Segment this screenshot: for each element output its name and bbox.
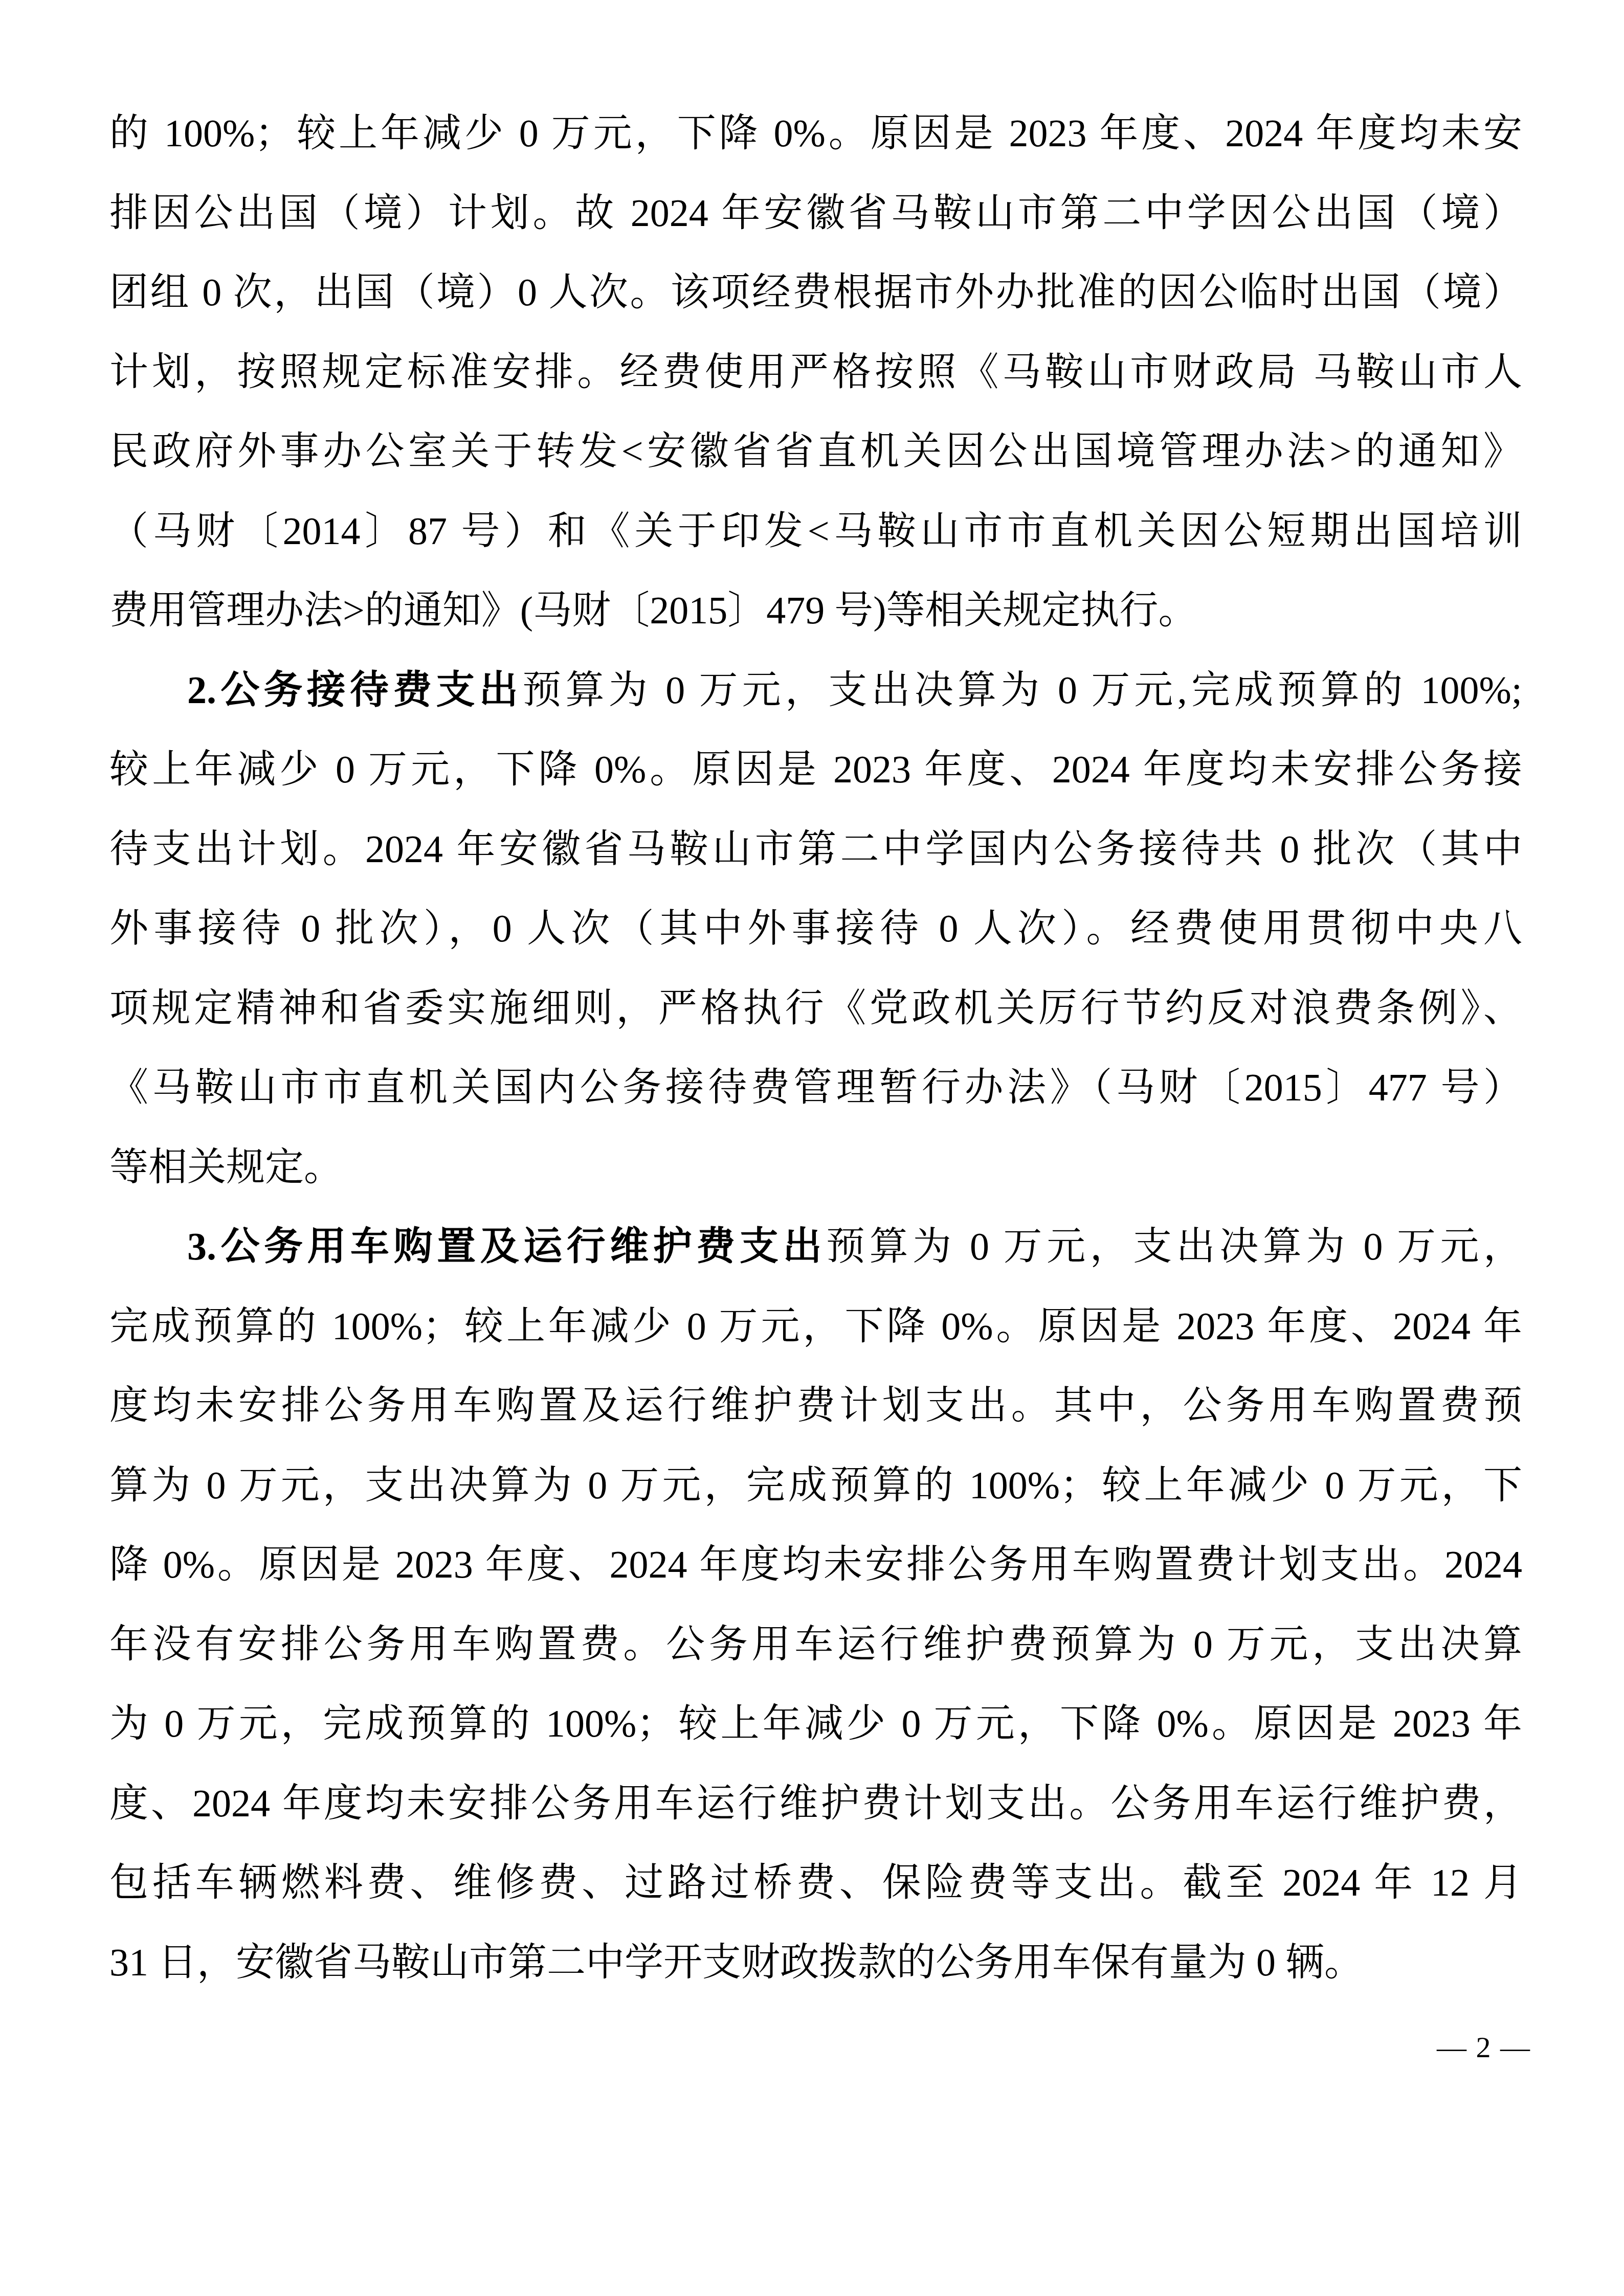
- text-line: 3.公务用车购置及运行维护费支出预算为 0 万元，支出决算为 0 万元，: [109, 1207, 1522, 1287]
- text-line: 较上年减少 0 万元，下降 0%。原因是 2023 年度、2024 年度均未安排…: [109, 730, 1522, 810]
- line-text: 年没有安排公务用车购置费。公务用车运行维护费预算为 0 万元，支出决算: [109, 1623, 1522, 1666]
- text-line: 外事接待 0 批次），0 人次（其中外事接待 0 人次）。经费使用贯彻中央八: [109, 889, 1522, 969]
- line-text: 完成预算的 100%；较上年减少 0 万元，下降 0%。原因是 2023 年度、…: [109, 1305, 1522, 1348]
- text-line: 费用管理办法>的通知》(马财〔2015〕479 号)等相关规定执行。: [109, 571, 1522, 651]
- line-text: 度、2024 年度均未安排公务用车运行维护费计划支出。公务用车运行维护费，: [109, 1782, 1522, 1825]
- text-line: 包括车辆燃料费、维修费、过路过桥费、保险费等支出。截至 2024 年 12 月: [109, 1843, 1522, 1923]
- line-text: （马财〔2014〕87 号）和《关于印发<马鞍山市市直机关因公短期出国培训: [109, 510, 1522, 553]
- line-text: 降 0%。原因是 2023 年度、2024 年度均未安排公务用车购置费计划支出。…: [109, 1543, 1522, 1586]
- text-line: 计划，按照规定标准安排。经费使用严格按照《马鞍山市财政局 马鞍山市人: [109, 333, 1522, 413]
- line-text: 《马鞍山市市直机关国内公务接待费管理暂行办法》（马财〔2015〕477 号）: [109, 1066, 1522, 1109]
- text-line: 完成预算的 100%；较上年减少 0 万元，下降 0%。原因是 2023 年度、…: [109, 1287, 1522, 1367]
- paragraph-heading: 3.公务用车购置及运行维护费支出: [187, 1225, 826, 1268]
- line-text: 计划，按照规定标准安排。经费使用严格按照《马鞍山市财政局 马鞍山市人: [109, 351, 1522, 394]
- text-line: 31 日，安徽省马鞍山市第二中学开支财政拨款的公务用车保有量为 0 辆。: [109, 1923, 1522, 2003]
- text-line: 度均未安排公务用车购置及运行维护费计划支出。其中，公务用车购置费预: [109, 1366, 1522, 1446]
- text-line: （马财〔2014〕87 号）和《关于印发<马鞍山市市直机关因公短期出国培训: [109, 492, 1522, 572]
- text-line: 等相关规定。: [109, 1128, 1522, 1208]
- line-text: 度均未安排公务用车购置及运行维护费计划支出。其中，公务用车购置费预: [109, 1384, 1522, 1427]
- document-body: 的 100%；较上年减少 0 万元，下降 0%。原因是 2023 年度、2024…: [109, 94, 1522, 2002]
- line-text: 31 日，安徽省马鞍山市第二中学开支财政拨款的公务用车保有量为 0 辆。: [109, 1941, 1363, 1984]
- text-line: 年没有安排公务用车购置费。公务用车运行维护费预算为 0 万元，支出决算: [109, 1605, 1522, 1685]
- line-text: 排因公出国（境）计划。故 2024 年安徽省马鞍山市第二中学因公出国（境）: [109, 192, 1522, 235]
- paragraph-heading: 2.公务接待费支出: [187, 669, 522, 712]
- line-text: 算为 0 万元，支出决算为 0 万元，完成预算的 100%；较上年减少 0 万元…: [109, 1464, 1522, 1507]
- text-line: 排因公出国（境）计划。故 2024 年安徽省马鞍山市第二中学因公出国（境）: [109, 174, 1522, 254]
- line-text: 包括车辆燃料费、维修费、过路过桥费、保险费等支出。截至 2024 年 12 月: [109, 1861, 1522, 1904]
- line-text: 待支出计划。2024 年安徽省马鞍山市第二中学国内公务接待共 0 批次（其中: [109, 828, 1522, 871]
- page-number-text: — 2 —: [1437, 2031, 1531, 2064]
- text-line: 度、2024 年度均未安排公务用车运行维护费计划支出。公务用车运行维护费，: [109, 1764, 1522, 1844]
- line-text: 的 100%；较上年减少 0 万元，下降 0%。原因是 2023 年度、2024…: [109, 112, 1522, 155]
- page-number: — 2 —: [1437, 2029, 1531, 2066]
- text-line: 算为 0 万元，支出决算为 0 万元，完成预算的 100%；较上年减少 0 万元…: [109, 1446, 1522, 1526]
- text-line: 团组 0 次，出国（境）0 人次。该项经费根据市外办批准的因公临时出国（境）: [109, 253, 1522, 333]
- line-text: 外事接待 0 批次），0 人次（其中外事接待 0 人次）。经费使用贯彻中央八: [109, 907, 1522, 950]
- line-text: 为 0 万元，完成预算的 100%；较上年减少 0 万元，下降 0%。原因是 2…: [109, 1702, 1522, 1745]
- line-text: 较上年减少 0 万元，下降 0%。原因是 2023 年度、2024 年度均未安排…: [109, 748, 1522, 791]
- text-line: 的 100%；较上年减少 0 万元，下降 0%。原因是 2023 年度、2024…: [109, 94, 1522, 174]
- text-line: 为 0 万元，完成预算的 100%；较上年减少 0 万元，下降 0%。原因是 2…: [109, 1684, 1522, 1764]
- text-line: 待支出计划。2024 年安徽省马鞍山市第二中学国内公务接待共 0 批次（其中: [109, 810, 1522, 890]
- line-text: 等相关规定。: [109, 1146, 343, 1189]
- line-text: 团组 0 次，出国（境）0 人次。该项经费根据市外办批准的因公临时出国（境）: [109, 271, 1522, 314]
- text-line: 民政府外事办公室关于转发<安徽省省直机关因公出国境管理办法>的通知》: [109, 412, 1522, 492]
- line-text: 费用管理办法>的通知》(马财〔2015〕479 号)等相关规定执行。: [109, 589, 1197, 632]
- line-text: 项规定精神和省委实施细则，严格执行《党政机关厉行节约反对浪费条例》、: [109, 987, 1522, 1030]
- line-text: 民政府外事办公室关于转发<安徽省省直机关因公出国境管理办法>的通知》: [109, 430, 1522, 473]
- text-line: 2.公务接待费支出预算为 0 万元，支出决算为 0 万元,完成预算的 100%;: [109, 651, 1522, 731]
- line-text: 预算为 0 万元，支出决算为 0 万元,完成预算的 100%;: [522, 669, 1522, 712]
- document-page: 的 100%；较上年减少 0 万元，下降 0%。原因是 2023 年度、2024…: [0, 0, 1624, 2296]
- line-text: 预算为 0 万元，支出决算为 0 万元，: [826, 1225, 1522, 1268]
- text-line: 《马鞍山市市直机关国内公务接待费管理暂行办法》（马财〔2015〕477 号）: [109, 1048, 1522, 1128]
- text-line: 降 0%。原因是 2023 年度、2024 年度均未安排公务用车购置费计划支出。…: [109, 1525, 1522, 1605]
- text-line: 项规定精神和省委实施细则，严格执行《党政机关厉行节约反对浪费条例》、: [109, 969, 1522, 1049]
